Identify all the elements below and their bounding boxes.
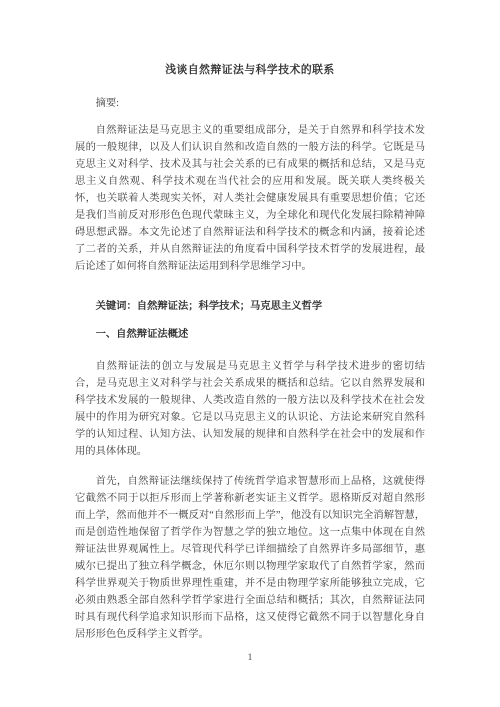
document-content: 浅谈自然辩证法与科学技术的联系 摘要: 自然辩证法是马克思主义的重要组成部分，是… xyxy=(75,62,425,643)
body-paragraph-2: 首先，自然辩证法继续保持了传统哲学追求智慧形而上品格，这就使得它截然不同于以拒斥… xyxy=(75,473,425,643)
page-number: 1 xyxy=(0,652,500,665)
keywords-line: 关键词：自然辩证法；科学技术；马克思主义哲学 xyxy=(75,298,425,315)
section-heading: 一、自然辩证法概述 xyxy=(75,326,425,343)
body-paragraph-1: 自然辩证法的创立与发展是马克思主义哲学与科学技术进步的密切结合，是马克思主义对科… xyxy=(75,358,425,460)
abstract-label: 摘要: xyxy=(75,95,425,112)
document-title: 浅谈自然辩证法与科学技术的联系 xyxy=(75,62,425,79)
document-page: 浅谈自然辩证法与科学技术的联系 摘要: 自然辩证法是马克思主义的重要组成部分，是… xyxy=(0,0,500,707)
abstract-paragraph: 自然辩证法是马克思主义的重要组成部分，是关于自然界和科学技术发展的一般规律，以及… xyxy=(75,122,425,275)
